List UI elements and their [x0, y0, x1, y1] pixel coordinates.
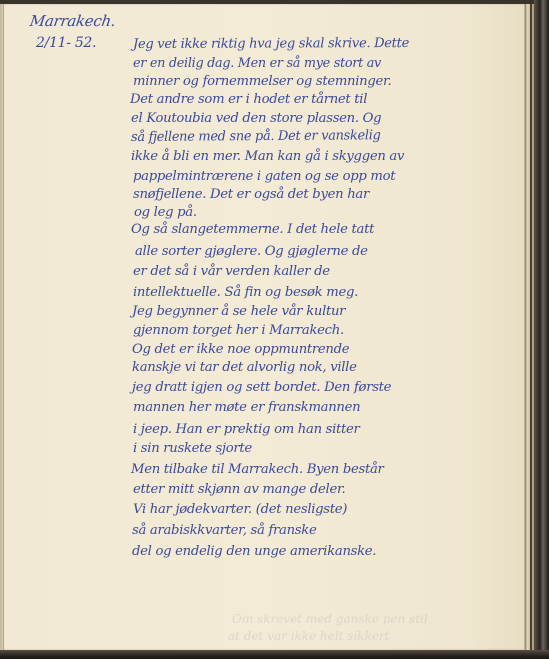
handwritten-line: snøfjellene. Det er også det byen har [133, 187, 369, 203]
page-stack-divider [530, 4, 532, 650]
page-margin-line [3, 4, 4, 650]
entry-date: 2/11- 52. [36, 35, 96, 51]
handwritten-line: og leg på. [134, 205, 197, 221]
handwritten-line: er det så i vår verden kaller de [133, 264, 330, 280]
handwritten-line: intellektuelle. Så fin og besøk meg. [133, 285, 358, 301]
handwritten-line: mannen her møte er franskmannen [133, 400, 360, 416]
handwritten-line: alle sorter gjøglere. Og gjøglerne de [135, 244, 368, 260]
handwritten-line: Og det er ikke noe oppmuntrende [132, 342, 349, 358]
handwritten-line: Jeg vet ikke riktig hva jeg skal skrive.… [133, 36, 409, 53]
handwritten-line: minner og fornemmelser og stemninger. [133, 74, 391, 90]
book-cover-edge [534, 0, 549, 659]
handwritten-line: Jeg begynner å se hele vår kultur [132, 304, 345, 320]
handwritten-line: del og endelig den unge amerikanske. [132, 544, 376, 560]
handwritten-line: så fjellene med sne på. Det er vanskelig [131, 128, 381, 146]
handwritten-line: kanskje vi tar det alvorlig nok, ville [132, 360, 357, 376]
scanned-document: Om skrevet med ganske pen stil at det va… [0, 0, 549, 659]
handwritten-line: jeg dratt igjen og sett bordet. Den førs… [132, 380, 391, 396]
bleed-through-text: at det var ikke helt sikkert [228, 629, 390, 643]
handwritten-line: Vi har jødekvarter. (det nesligste) [133, 502, 347, 518]
handwritten-line: ikke å bli en mer. Man kan gå i skyggen … [131, 149, 404, 165]
handwritten-line: Og så slangetemmerne. I det hele tatt [131, 222, 374, 238]
handwritten-line: gjennom torget her i Marrakech. [133, 323, 344, 339]
bottom-page-edge [0, 650, 549, 659]
handwritten-line: Det andre som er i hodet er tårnet til [130, 92, 367, 108]
entry-heading-location: Marrakech. [29, 12, 117, 30]
handwritten-line: pappelmintrærene i gaten og se opp mot [133, 169, 395, 185]
handwritten-line: så arabiskkvarter, så franske [132, 523, 316, 539]
handwritten-line: el Koutoubia ved den store plassen. Og [131, 111, 381, 127]
handwritten-line: Men tilbake til Marrakech. Byen består [131, 462, 384, 478]
page-stack-edge [524, 4, 534, 650]
handwritten-line: i jeep. Han er prektig om han sitter [133, 422, 360, 438]
handwritten-line: er en deilig dag. Men er så mye stort av [133, 56, 381, 72]
handwritten-line: i sin ruskete sjorte [133, 441, 252, 457]
handwritten-line: etter mitt skjønn av mange deler. [133, 482, 345, 498]
bleed-through-text: Om skrevet med ganske pen stil [232, 612, 428, 626]
notebook-page: Om skrevet med ganske pen stil at det va… [0, 4, 524, 650]
